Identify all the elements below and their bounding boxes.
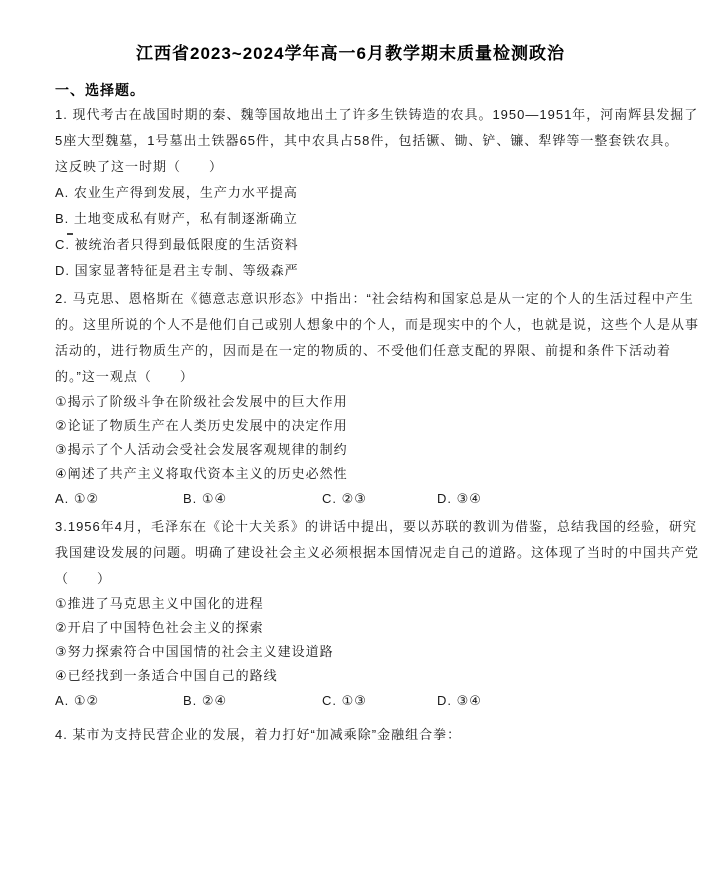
question-2-line-1: 2. 马克思、恩格斯在《德意志意识形态》中指出：“社会结构和国家总是从一定的个人… [55, 286, 656, 312]
question-1-option-d: D. 国家显著特征是君主专制、等级森严 [55, 258, 656, 284]
question-1-line-2: 5座大型魏墓，1号墓出土铁器65件，其中农具占58件，包括镢、锄、铲、镰、犁铧等… [55, 128, 656, 154]
question-2-answer-a: A. ①② [55, 486, 183, 512]
question-1: 1. 现代考古在战国时期的秦、魏等国故地出土了许多生铁铸造的农具。1950—19… [55, 102, 656, 284]
question-2-answer-row: A. ①② B. ①④ C. ②③ D. ③④ [55, 486, 656, 512]
question-3-statement-1: ①推进了马克思主义中国化的进程 [55, 592, 656, 616]
stray-mark [67, 233, 73, 235]
question-2-statement-2: ②论证了物质生产在人类历史发展中的决定作用 [55, 414, 656, 438]
question-3-line-2: 我国建设发展的问题。明确了建设社会主义必须根据本国情况走自己的道路。这体现了当时… [55, 540, 656, 566]
question-2-statement-3: ③揭示了个人活动会受社会发展客观规律的制约 [55, 438, 656, 462]
exam-page: 江西省2023~2024学年高一6月教学期末质量检测政治 一、选择题。 1. 现… [0, 0, 701, 877]
question-3: 3.1956年4月，毛泽东在《论十大关系》的讲话中提出，要以苏联的教训为借鉴，总… [55, 514, 656, 714]
question-2-statement-4: ④阐述了共产主义将取代资本主义的历史必然性 [55, 462, 656, 486]
question-3-answer-b: B. ②④ [183, 688, 322, 714]
question-3-answer-c: C. ①③ [322, 688, 437, 714]
question-1-option-c: C. 被统治者只得到最低限度的生活资料 [55, 232, 656, 258]
question-2-line-4: 的。”这一观点（ ） [55, 364, 656, 390]
question-1-options: A. 农业生产得到发展，生产力水平提高 B. 土地变成私有财产，私有制逐渐确立 … [55, 180, 656, 284]
question-3-answer-a: A. ①② [55, 688, 183, 714]
page-title: 江西省2023~2024学年高一6月教学期末质量检测政治 [0, 0, 701, 66]
question-2-answer-d: D. ③④ [437, 486, 656, 512]
question-4: 4. 某市为支持民营企业的发展，着力打好“加减乘除”金融组合拳： [55, 722, 656, 748]
question-1-line-1: 1. 现代考古在战国时期的秦、魏等国故地出土了许多生铁铸造的农具。1950—19… [55, 102, 656, 128]
question-3-answer-row: A. ①② B. ②④ C. ①③ D. ③④ [55, 688, 656, 714]
page-content: 一、选择题。 1. 现代考古在战国时期的秦、魏等国故地出土了许多生铁铸造的农具。… [0, 80, 701, 748]
question-4-line-1: 4. 某市为支持民营企业的发展，着力打好“加减乘除”金融组合拳： [55, 722, 656, 748]
question-2-line-2: 的。这里所说的个人不是他们自己或别人想象中的个人，而是现实中的个人，也就是说，这… [55, 312, 656, 338]
question-3-statement-3: ③努力探索符合中国国情的社会主义建设道路 [55, 640, 656, 664]
question-2-line-3: 活动的，进行物质生产的，因而是在一定的物质的、不受他们任意支配的界限、前提和条件… [55, 338, 656, 364]
question-3-line-1: 3.1956年4月，毛泽东在《论十大关系》的讲话中提出，要以苏联的教训为借鉴，总… [55, 514, 656, 540]
question-2-answer-b: B. ①④ [183, 486, 322, 512]
question-3-answer-d: D. ③④ [437, 688, 656, 714]
question-1-option-a: A. 农业生产得到发展，生产力水平提高 [55, 180, 656, 206]
question-1-line-3: 这反映了这一时期（ ） [55, 154, 656, 180]
question-3-statement-2: ②开启了中国特色社会主义的探索 [55, 616, 656, 640]
question-2-statement-1: ①揭示了阶级斗争在阶级社会发展中的巨大作用 [55, 390, 656, 414]
question-2-answer-c: C. ②③ [322, 486, 437, 512]
question-1-option-b: B. 土地变成私有财产，私有制逐渐确立 [55, 206, 656, 232]
question-3-line-3: （ ） [55, 566, 656, 592]
question-3-statement-4: ④已经找到一条适合中国自己的路线 [55, 664, 656, 688]
section-heading: 一、选择题。 [55, 80, 656, 100]
question-2: 2. 马克思、恩格斯在《德意志意识形态》中指出：“社会结构和国家总是从一定的个人… [55, 286, 656, 512]
